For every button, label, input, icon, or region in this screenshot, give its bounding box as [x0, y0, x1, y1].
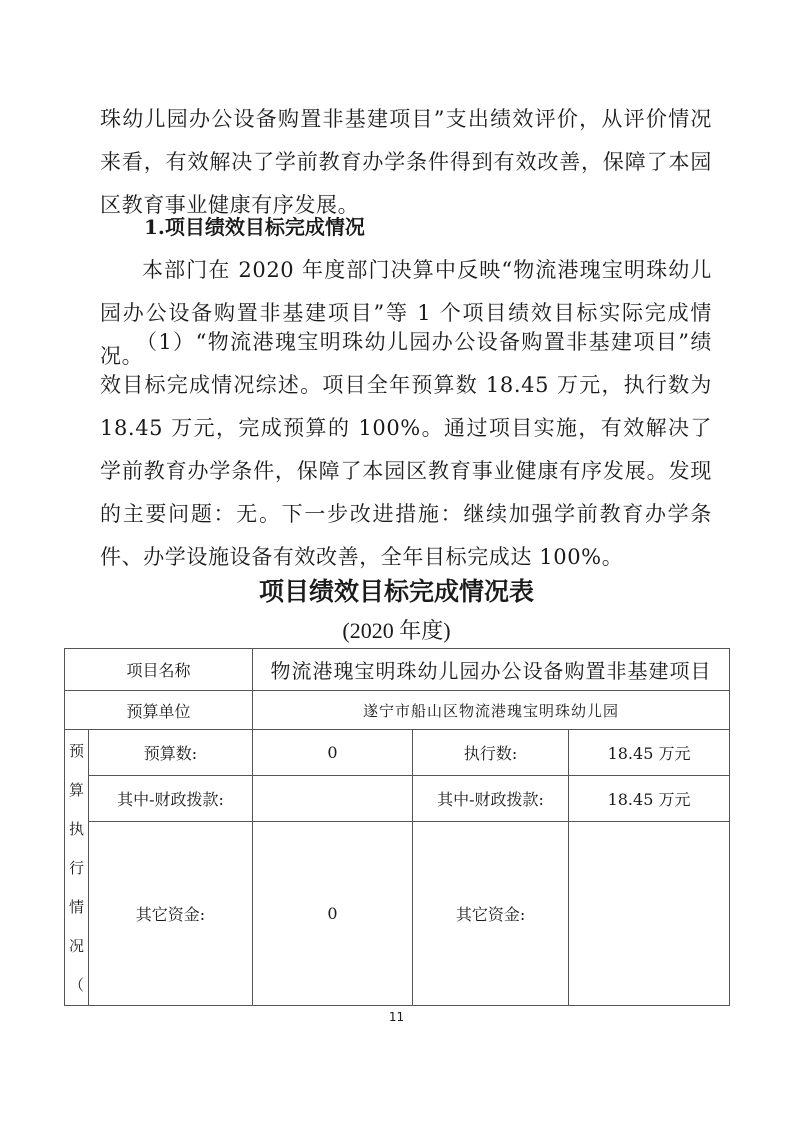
table-row: 其它资金: 0 其它资金:: [65, 822, 730, 1006]
budget-other-funds-label: 其它资金:: [89, 822, 253, 1006]
table-row-project-name: 项目名称 物流港瑰宝明珠幼儿园办公设备购置非基建项目: [65, 649, 730, 691]
budget-fiscal-value: [253, 775, 413, 822]
page-number: 11: [0, 1010, 793, 1024]
execution-fiscal-label: 其中-财政拨款:: [413, 775, 569, 822]
budget-amount-label: 预算数:: [89, 730, 253, 776]
execution-other-funds-label: 其它资金:: [413, 822, 569, 1006]
project-name-value: 物流港瑰宝明珠幼儿园办公设备购置非基建项目: [253, 649, 730, 691]
table-row: 其中-财政拨款: 其中-财政拨款: 18.45 万元: [65, 775, 730, 822]
budget-execution-side-label: 预 算 执 行 情 况 （: [65, 730, 89, 1006]
table-row-budget-unit: 预算单位 遂宁市船山区物流港瑰宝明珠幼儿园: [65, 691, 730, 730]
execution-other-funds-value: [569, 822, 730, 1006]
execution-fiscal-value: 18.45 万元: [569, 775, 730, 822]
section-heading: 1.项目绩效目标完成情况: [144, 206, 365, 249]
table-row: 预 算 执 行 情 况 （ 预算数: 0 执行数: 18.45 万元: [65, 730, 730, 776]
budget-amount-value: 0: [253, 730, 413, 776]
paragraph-project-overview: （1）“物流港瑰宝明珠幼儿园办公设备购置非基建项目”绩效目标完成情况综述。项目全…: [100, 321, 712, 579]
budget-unit-label: 预算单位: [65, 691, 253, 730]
table-title: 项目绩效目标完成情况表: [0, 572, 793, 608]
budget-unit-value: 遂宁市船山区物流港瑰宝明珠幼儿园: [253, 691, 730, 730]
budget-other-funds-value: 0: [253, 822, 413, 1006]
project-name-label: 项目名称: [65, 649, 253, 691]
execution-amount-label: 执行数:: [413, 730, 569, 776]
execution-amount-value: 18.45 万元: [569, 730, 730, 776]
budget-fiscal-label: 其中-财政拨款:: [89, 775, 253, 822]
table-subtitle: (2020 年度): [0, 614, 793, 645]
performance-table: 项目名称 物流港瑰宝明珠幼儿园办公设备购置非基建项目 预算单位 遂宁市船山区物流…: [64, 648, 730, 1006]
